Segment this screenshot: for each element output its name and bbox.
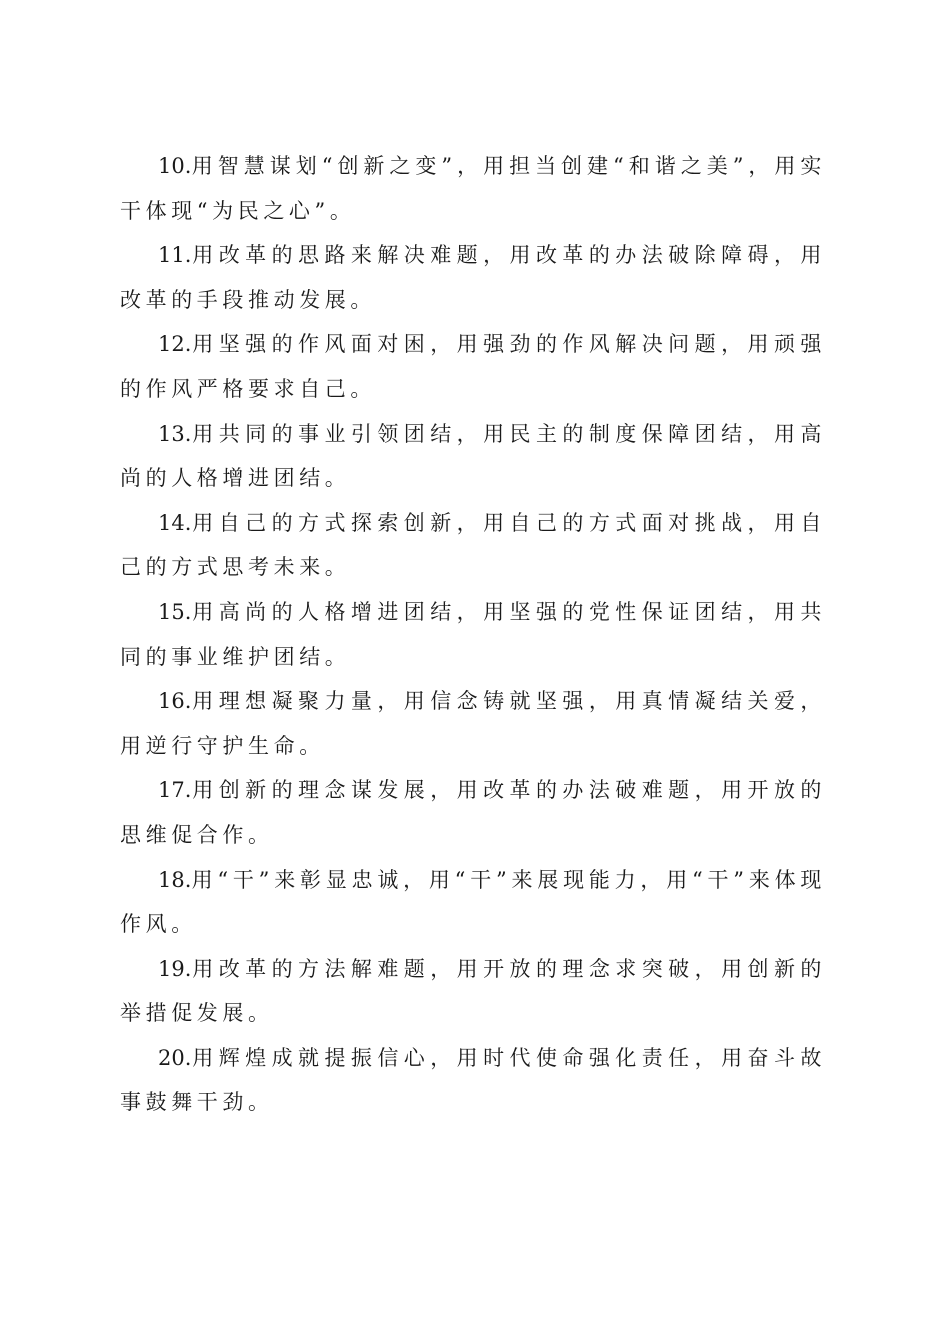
item-text: 用改革的思路来解决难题，用改革的办法破除障碍，用改革的手段推动发展。 [120,243,826,312]
item-text: 用高尚的人格增进团结，用坚强的党性保证团结，用共同的事业维护团结。 [120,600,826,669]
list-item-10: 10.用智慧谋划“创新之变”，用担当创建“和谐之美”，用实干体现“为民之心”。 [120,144,826,233]
item-number: 17. [158,778,191,802]
item-text: 用创新的理念谋发展，用改革的办法破难题，用开放的思维促合作。 [120,778,826,847]
item-text: 用改革的方法解难题，用开放的理念求突破，用创新的举措促发展。 [120,957,826,1026]
item-number: 18. [158,868,191,892]
item-text: 用辉煌成就提振信心，用时代使命强化责任，用奋斗故事鼓舞干劲。 [120,1046,826,1115]
item-number: 14. [158,511,191,535]
list-item-18: 18.用“干”来彰显忠诚，用“干”来展现能力，用“干”来体现作风。 [120,858,826,947]
item-text: 用理想凝聚力量，用信念铸就坚强，用真情凝结关爱，用逆行守护生命。 [120,689,826,758]
list-item-15: 15.用高尚的人格增进团结，用坚强的党性保证团结，用共同的事业维护团结。 [120,590,826,679]
list-item-17: 17.用创新的理念谋发展，用改革的办法破难题，用开放的思维促合作。 [120,768,826,857]
item-number: 12. [158,332,191,356]
item-text: 用“干”来彰显忠诚，用“干”来展现能力，用“干”来体现作风。 [120,868,826,937]
item-number: 10. [158,154,191,178]
item-text: 用坚强的作风面对困，用强劲的作风解决问题，用顽强的作风严格要求自己。 [120,332,826,401]
item-text: 用共同的事业引领团结，用民主的制度保障团结，用高尚的人格增进团结。 [120,422,826,491]
item-number: 16. [158,689,191,713]
document-page: 10.用智慧谋划“创新之变”，用担当创建“和谐之美”，用实干体现“为民之心”。 … [120,144,826,1125]
item-number: 15. [158,600,191,624]
list-item-19: 19.用改革的方法解难题，用开放的理念求突破，用创新的举措促发展。 [120,947,826,1036]
list-item-12: 12.用坚强的作风面对困，用强劲的作风解决问题，用顽强的作风严格要求自己。 [120,322,826,411]
list-item-20: 20.用辉煌成就提振信心，用时代使命强化责任，用奋斗故事鼓舞干劲。 [120,1036,826,1125]
item-number: 11. [158,243,191,267]
item-number: 19. [158,957,191,981]
item-text: 用智慧谋划“创新之变”，用担当创建“和谐之美”，用实干体现“为民之心”。 [120,154,826,223]
list-item-13: 13.用共同的事业引领团结，用民主的制度保障团结，用高尚的人格增进团结。 [120,412,826,501]
list-item-16: 16.用理想凝聚力量，用信念铸就坚强，用真情凝结关爱，用逆行守护生命。 [120,679,826,768]
list-item-14: 14.用自己的方式探索创新，用自己的方式面对挑战，用自己的方式思考未来。 [120,501,826,590]
item-text: 用自己的方式探索创新，用自己的方式面对挑战，用自己的方式思考未来。 [120,511,826,580]
list-item-11: 11.用改革的思路来解决难题，用改革的办法破除障碍，用改革的手段推动发展。 [120,233,826,322]
item-number: 20. [158,1046,191,1070]
item-number: 13. [158,422,191,446]
